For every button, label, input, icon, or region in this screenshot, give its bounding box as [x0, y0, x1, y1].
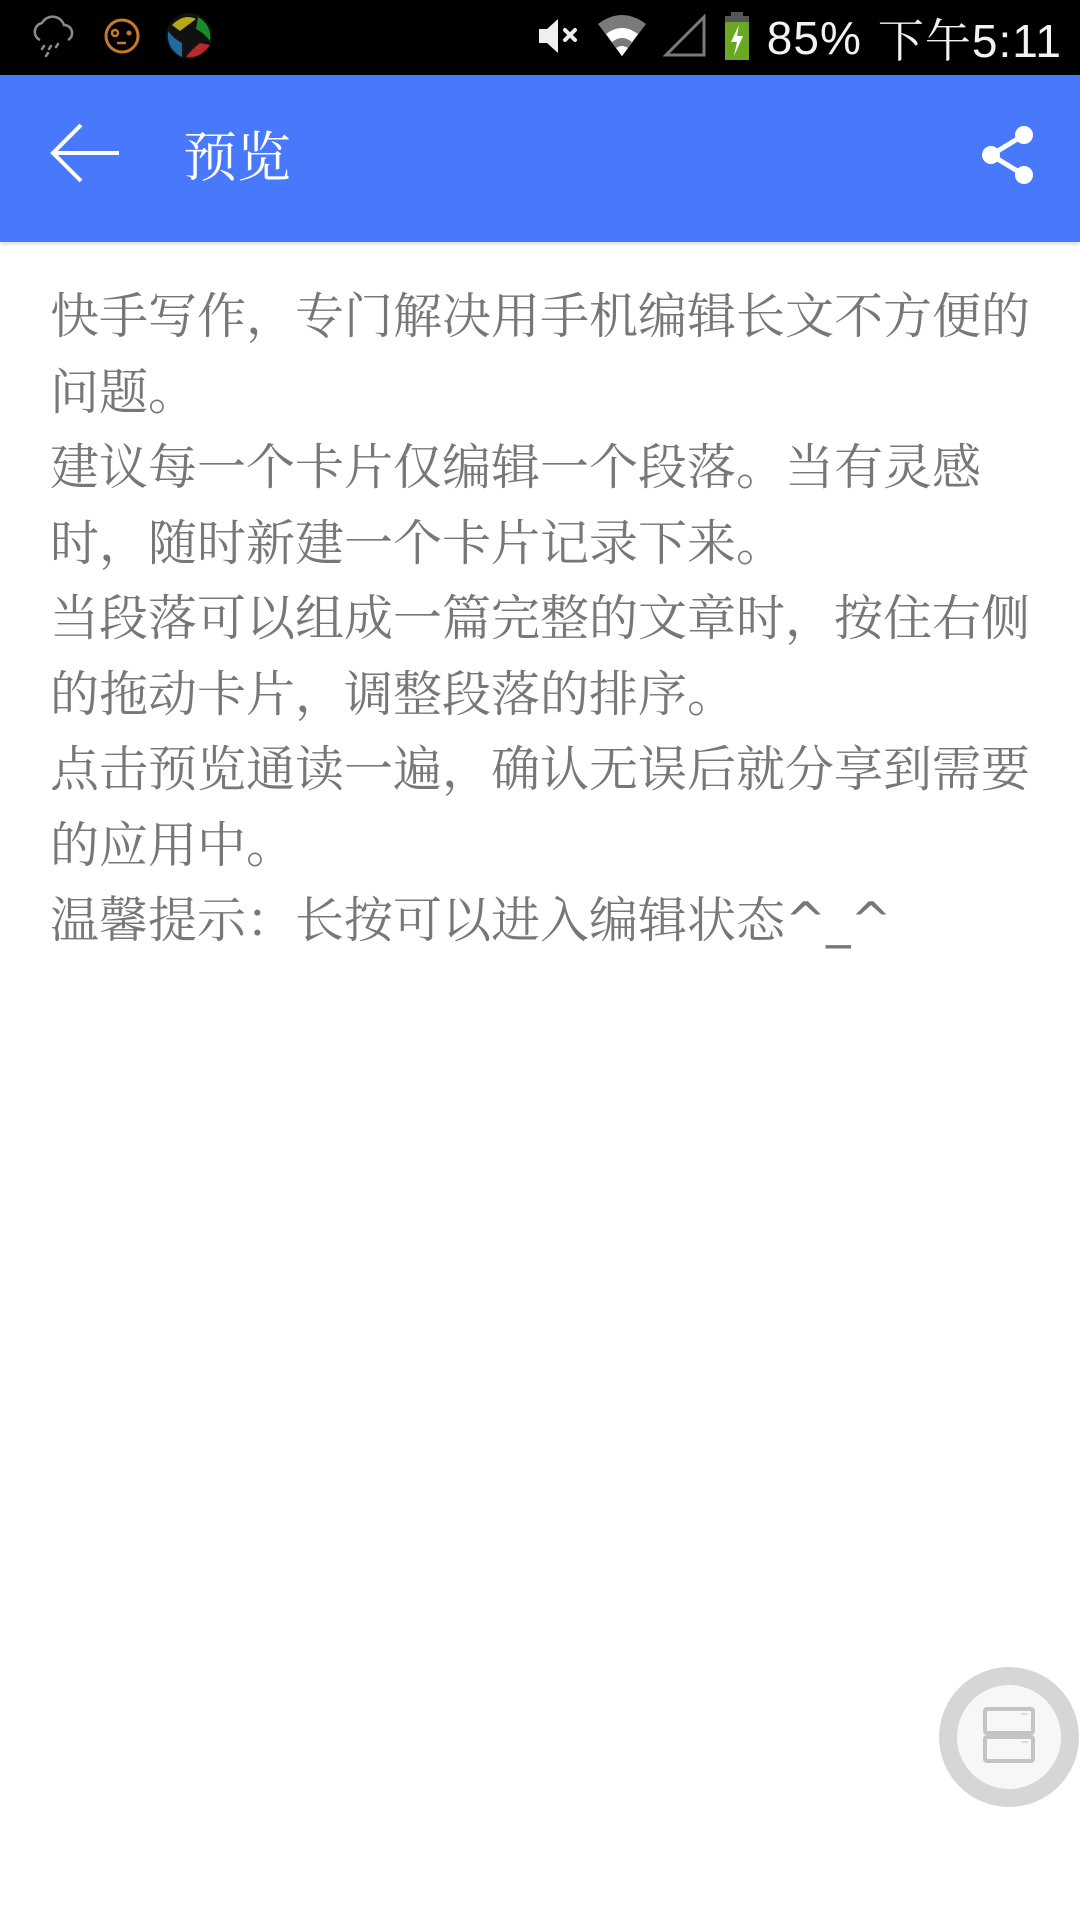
volume-muted-icon: [537, 16, 581, 60]
share-button[interactable]: [966, 115, 1050, 199]
cards-layout-icon: [983, 1707, 1035, 1767]
face-emoji-icon: [102, 16, 142, 60]
fab-inner: [957, 1685, 1061, 1789]
system-status: 85% 下午5:11: [537, 0, 1062, 75]
clock: 下午5:11: [878, 5, 1062, 71]
cell-signal-icon: [663, 14, 707, 62]
page-title: 预览: [183, 123, 291, 193]
weather-rain-icon: [28, 12, 80, 64]
share-icon: [978, 123, 1038, 191]
arrow-left-icon: [49, 123, 121, 187]
paragraph: 温馨提示：长按可以进入编辑状态^_^: [50, 883, 1030, 959]
app-colorful-ball-icon: [164, 11, 214, 65]
preview-content: 快手写作，专门解决用手机编辑长文不方便的问题。 建议每一个卡片仅编辑一个段落。当…: [50, 279, 1030, 959]
wifi-icon: [597, 14, 647, 62]
paragraph: 快手写作，专门解决用手机编辑长文不方便的问题。: [50, 279, 1030, 430]
notification-icons: [28, 12, 214, 64]
app-bar: 预览: [0, 75, 1080, 242]
paragraph: 当段落可以组成一篇完整的文章时，按住右侧的拖动卡片，调整段落的排序。: [50, 581, 1030, 732]
status-bar: 85% 下午5:11: [0, 0, 1080, 75]
floating-cards-button[interactable]: [939, 1667, 1079, 1807]
battery-percent: 85%: [767, 11, 862, 65]
paragraph: 建议每一个卡片仅编辑一个段落。当有灵感时，随时新建一个卡片记录下来。: [50, 430, 1030, 581]
paragraph: 点击预览通读一遍，确认无误后就分享到需要的应用中。: [50, 732, 1030, 883]
battery-charging-icon: [723, 12, 751, 64]
back-button[interactable]: [40, 115, 130, 195]
